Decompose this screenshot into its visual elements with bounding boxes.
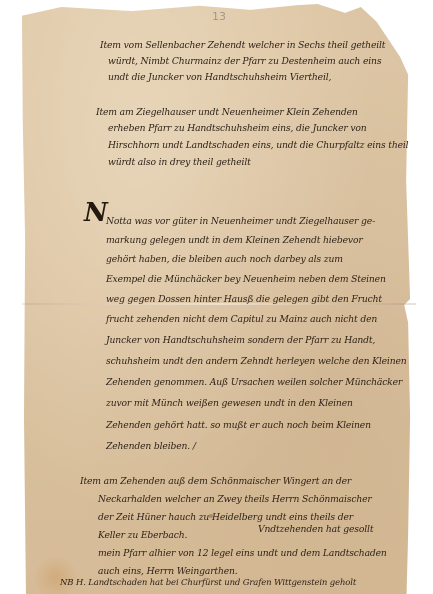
ink-stain bbox=[209, 514, 213, 518]
text-line: Neckarhalden welcher an Zwey theils Herr… bbox=[98, 494, 372, 505]
text-line: Item vom Sellenbacher Zehendt welcher in… bbox=[100, 40, 385, 51]
text-line: Item am Ziegelhauser undt Neuenheimer Kl… bbox=[96, 107, 358, 118]
text-line: gehört haben, die bleiben auch noch darb… bbox=[106, 254, 343, 265]
text-line: Vndtzehenden hat gesollt bbox=[258, 524, 373, 535]
text-line: zuvor mit Münch weißen gewesen undt in d… bbox=[106, 398, 353, 409]
text-line: Hirschhorn undt Landtschaden eins, undt … bbox=[108, 140, 408, 151]
text-line: Keller zu Eberbach. bbox=[98, 530, 187, 541]
text-line: Exempel die Münchäcker bey Neuenheim neb… bbox=[106, 274, 386, 285]
text-line: schuhsheim undt den andern Zehndt herley… bbox=[106, 356, 407, 367]
text-line: Zehenden gehört hatt. so mußt er auch no… bbox=[106, 420, 371, 431]
text-line: frucht zehenden nicht dem Capitul zu Mai… bbox=[106, 314, 377, 325]
text-line: mein Pfarr alhier von 12 legel eins undt… bbox=[98, 548, 387, 559]
text-line: Item am Zehenden auß dem Schönmaischer W… bbox=[80, 476, 351, 487]
text-line: Juncker von Handtschuhsheim sondern der … bbox=[106, 335, 375, 346]
decorative-initial-n: N bbox=[84, 198, 108, 228]
text-line: markung gelegen undt in dem Kleinen Zehe… bbox=[106, 235, 363, 246]
folio-number: 13 bbox=[212, 10, 226, 23]
text-line: weg gegen Dossen hinter Hausß die gelege… bbox=[106, 294, 382, 305]
text-line: Notta was vor güter in Neuenheimer undt … bbox=[106, 216, 375, 227]
text-line: Zehenden bleiben. / bbox=[106, 441, 196, 452]
text-line: auch eins, Herrn Weingarthen. bbox=[98, 566, 238, 577]
text-line: erheben Pfarr zu Handtschuhsheim eins, d… bbox=[108, 123, 367, 134]
text-line: undt die Juncker von Handtschuhsheim Vie… bbox=[108, 72, 331, 83]
text-line: der Zeit Hüner hauch zu Heidelberg undt … bbox=[98, 512, 353, 523]
text-line: würdt also in drey theil getheilt bbox=[108, 157, 251, 168]
text-line: Zehenden genommen. Auß Ursachen weilen s… bbox=[106, 377, 402, 388]
text-line: würdt, Nimbt Churmainz der Pfarr zu Dest… bbox=[108, 56, 381, 67]
margin-note-line: NB H. Landtschaden hat bei Churfürst und… bbox=[60, 578, 356, 588]
